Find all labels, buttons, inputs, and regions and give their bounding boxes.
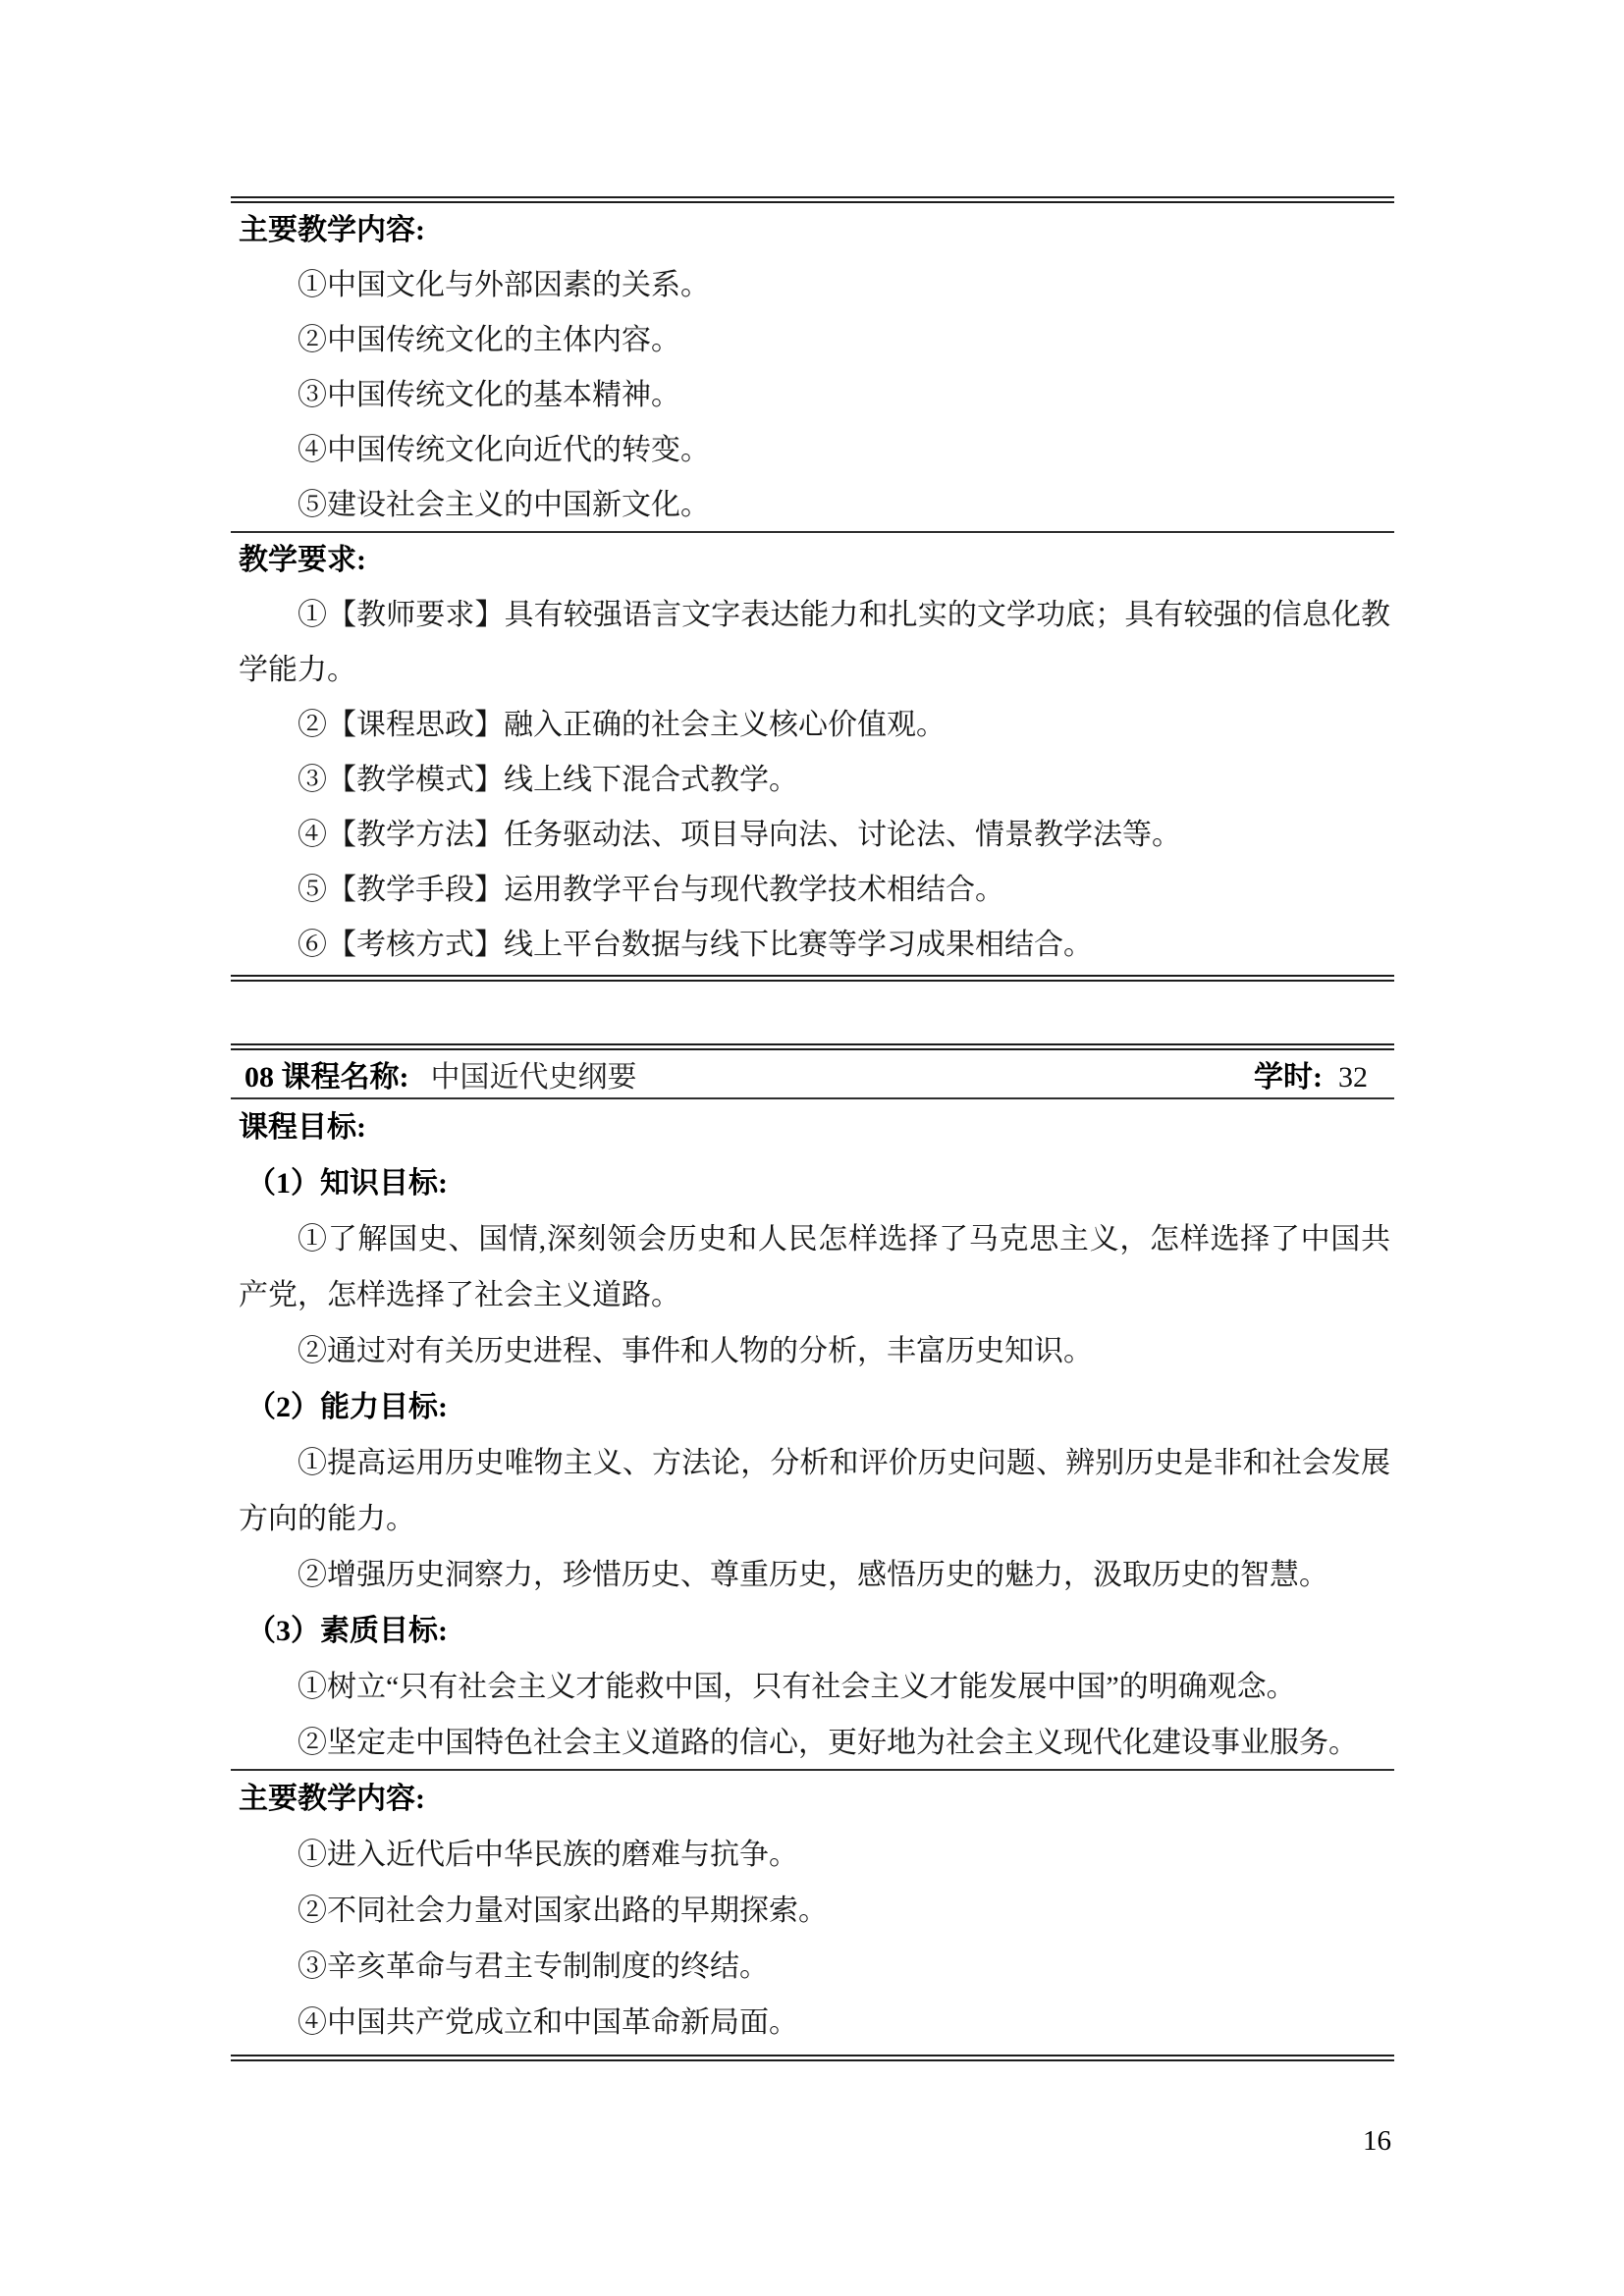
content-item: ①中国文化与外部因素的关系。	[239, 258, 1390, 313]
content-item: ②不同社会力量对国家出路的早期探索。	[239, 1883, 1390, 1939]
course-name: 中国近代史纲要	[431, 1052, 637, 1095]
hours-label: 学时:	[1254, 1052, 1323, 1095]
section-heading-requirements: 教学要求:	[239, 533, 1390, 588]
course-hours-group: 学时: 32	[1254, 1052, 1368, 1095]
requirement-item: ②【课程思政】融入正确的社会主义核心价值观。	[239, 698, 1390, 753]
document-page: 主要教学内容: ①中国文化与外部因素的关系。 ②中国传统文化的主体内容。 ③中国…	[0, 0, 1624, 2296]
objective-group-title-knowledge: （1）知识目标:	[239, 1155, 1390, 1211]
requirement-item: ⑥【考核方式】线上平台数据与线下比赛等学习成果相结合。	[239, 918, 1390, 973]
course-objectives-row: 课程目标: （1）知识目标: ①了解国史、国情,深刻领会历史和人民怎样选择了马克…	[231, 1099, 1394, 1771]
content-item: ④中国传统文化向近代的转变。	[239, 423, 1390, 478]
course-main-content-row: 主要教学内容: ①进入近代后中华民族的磨难与抗争。 ②不同社会力量对国家出路的早…	[231, 1771, 1394, 2051]
requirement-item: ④【教学方法】任务驱动法、项目导向法、讨论法、情景教学法等。	[239, 808, 1390, 863]
section-heading-main-content: 主要教学内容:	[239, 1771, 1390, 1827]
content-item: ③中国传统文化的基本精神。	[239, 368, 1390, 423]
requirement-item: ①【教师要求】具有较强语言文字表达能力和扎实的文学功底；具有较强的信息化教学能力…	[239, 588, 1390, 698]
objective-item: ①了解国史、国情,深刻领会历史和人民怎样选择了马克思主义，怎样选择了中国共产党，…	[239, 1211, 1390, 1323]
section-heading-objectives: 课程目标:	[239, 1099, 1390, 1155]
requirement-item: ③【教学模式】线上线下混合式教学。	[239, 753, 1390, 808]
content-item: ④中国共产党成立和中国革命新局面。	[239, 1995, 1390, 2051]
objective-group-title-quality: （3）素质目标:	[239, 1603, 1390, 1659]
objective-item: ①树立“只有社会主义才能救中国，只有社会主义才能发展中国”的明确观念。	[239, 1659, 1390, 1715]
requirement-item: ⑤【教学手段】运用教学平台与现代教学技术相结合。	[239, 863, 1390, 918]
page-number: 16	[1363, 2125, 1391, 2158]
hours-value: 32	[1338, 1061, 1368, 1095]
prev-main-content-row: 主要教学内容: ①中国文化与外部因素的关系。 ②中国传统文化的主体内容。 ③中国…	[231, 203, 1394, 533]
objective-item: ②通过对有关历史进程、事件和人物的分析，丰富历史知识。	[239, 1323, 1390, 1379]
section-heading-main-content: 主要教学内容:	[239, 203, 1390, 258]
content-item: ③辛亥革命与君主专制制度的终结。	[239, 1939, 1390, 1995]
objective-item: ②坚定走中国特色社会主义道路的信心，更好地为社会主义现代化建设事业服务。	[239, 1715, 1390, 1771]
content-item: ①进入近代后中华民族的磨难与抗争。	[239, 1827, 1390, 1883]
course-number-label: 08 课程名称:	[244, 1052, 409, 1095]
course-header-row: 08 课程名称: 中国近代史纲要 学时: 32	[231, 1050, 1394, 1099]
previous-course-table: 主要教学内容: ①中国文化与外部因素的关系。 ②中国传统文化的主体内容。 ③中国…	[231, 196, 1394, 982]
content-item: ⑤建设社会主义的中国新文化。	[239, 478, 1390, 533]
course-title-group: 08 课程名称: 中国近代史纲要	[244, 1052, 637, 1095]
objective-item: ①提高运用历史唯物主义、方法论，分析和评价历史问题、辨别历史是非和社会发展方向的…	[239, 1435, 1390, 1547]
prev-teaching-requirements-row: 教学要求: ①【教师要求】具有较强语言文字表达能力和扎实的文学功底；具有较强的信…	[231, 533, 1394, 973]
objective-group-title-ability: （2）能力目标:	[239, 1379, 1390, 1435]
content-item: ②中国传统文化的主体内容。	[239, 313, 1390, 368]
course-08-table: 08 课程名称: 中国近代史纲要 学时: 32 课程目标: （1）知识目标: ①…	[231, 1043, 1394, 2061]
objective-item: ②增强历史洞察力，珍惜历史、尊重历史，感悟历史的魅力，汲取历史的智慧。	[239, 1547, 1390, 1603]
